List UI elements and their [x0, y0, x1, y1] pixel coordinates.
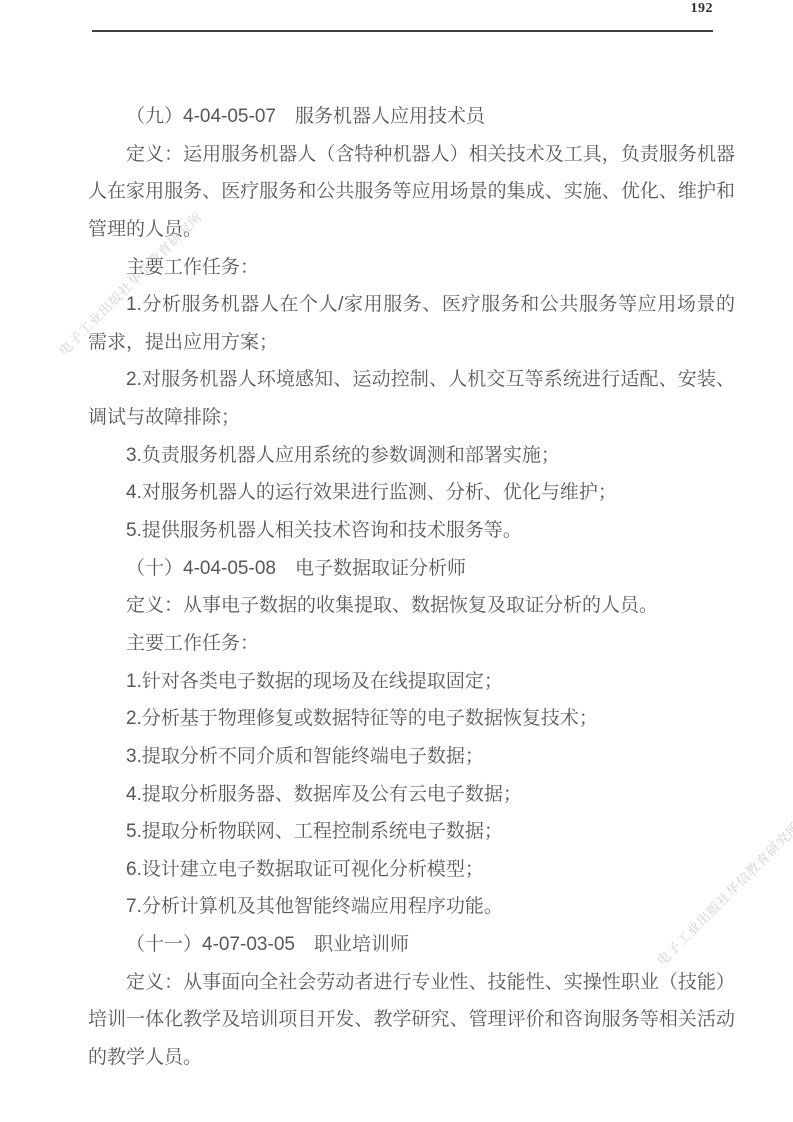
text-line: （十）4-04-05-08 电子数据取证分析师 [88, 550, 735, 588]
document-body: （九）4-04-05-07 服务机器人应用技术员定义：运用服务机器人（含特种机器… [88, 98, 735, 1077]
text-line: 7.分析计算机及其他智能终端应用程序功能。 [88, 888, 735, 926]
document-page: 192 电子工业出版社华信教育研究所 电子工业出版社华信教育研究所 （九）4-0… [0, 0, 793, 1122]
header-rule [92, 30, 713, 32]
text-line: 5.提取分析物联网、工程控制系统电子数据； [88, 813, 735, 851]
text-line: 4.对服务机器人的运行效果进行监测、分析、优化与维护； [88, 474, 735, 512]
text-line: 管理的人员。 [88, 211, 735, 249]
text-line: 定义：运用服务机器人（含特种机器人）相关技术及工具，负责服务机器 [88, 136, 735, 174]
text-line: 6.设计建立电子数据取证可视化分析模型； [88, 851, 735, 889]
text-line: 2.分析基于物理修复或数据特征等的电子数据恢复技术； [88, 700, 735, 738]
text-line: 培训一体化教学及培训项目开发、教学研究、管理评价和咨询服务等相关活动 [88, 1001, 735, 1039]
text-line: 定义：从事面向全社会劳动者进行专业性、技能性、实操性职业（技能） [88, 964, 735, 1002]
text-line: 1.分析服务机器人在个人/家用服务、医疗服务和公共服务等应用场景的 [88, 286, 735, 324]
text-line: 主要工作任务： [88, 249, 735, 287]
text-line: 3.负责服务机器人应用系统的参数调测和部署实施； [88, 437, 735, 475]
text-line: 调试与故障排除； [88, 399, 735, 437]
text-line: 1.针对各类电子数据的现场及在线提取固定； [88, 663, 735, 701]
text-line: 5.提供服务机器人相关技术咨询和技术服务等。 [88, 512, 735, 550]
page-number: 192 [691, 1, 714, 17]
text-line: （九）4-04-05-07 服务机器人应用技术员 [88, 98, 735, 136]
text-line: 的教学人员。 [88, 1039, 735, 1077]
text-line: 4.提取分析服务器、数据库及公有云电子数据； [88, 776, 735, 814]
text-line: 3.提取分析不同介质和智能终端电子数据； [88, 738, 735, 776]
text-line: 需求，提出应用方案； [88, 324, 735, 362]
text-line: （十一）4-07-03-05 职业培训师 [88, 926, 735, 964]
text-line: 人在家用服务、医疗服务和公共服务等应用场景的集成、实施、优化、维护和 [88, 173, 735, 211]
text-line: 主要工作任务： [88, 625, 735, 663]
text-line: 定义：从事电子数据的收集提取、数据恢复及取证分析的人员。 [88, 587, 735, 625]
text-line: 2.对服务机器人环境感知、运动控制、人机交互等系统进行适配、安装、 [88, 361, 735, 399]
